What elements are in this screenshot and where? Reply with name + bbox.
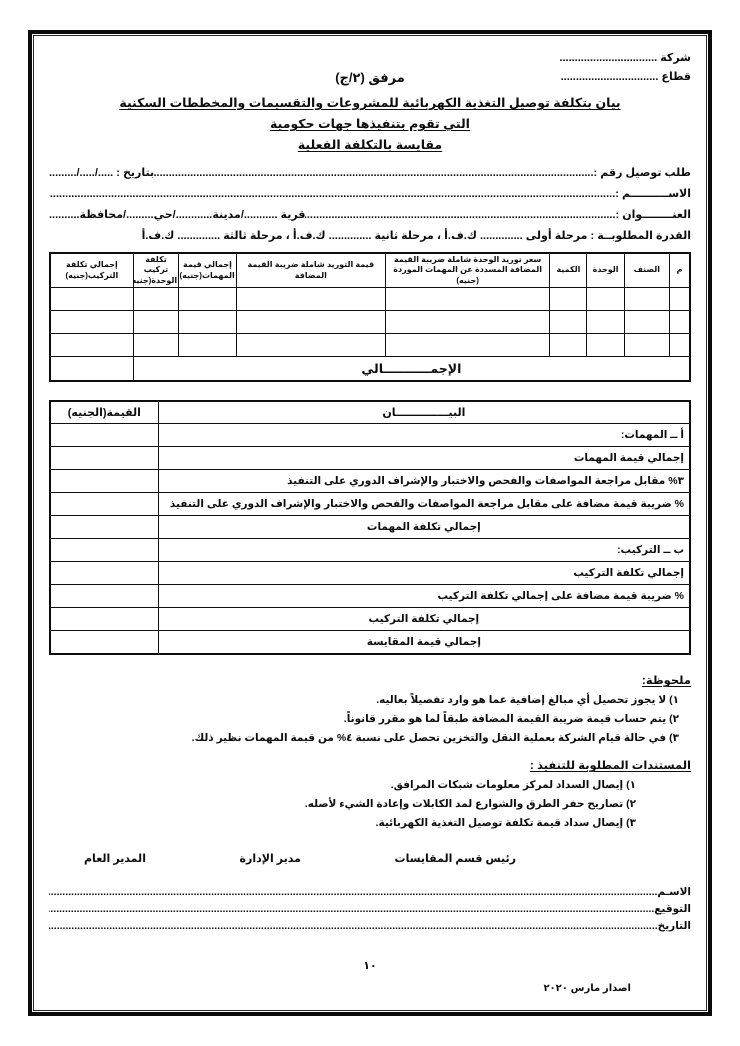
statement-row-label: أ ــ المهمات: [158, 424, 690, 447]
statement-header: البيــــــــــــــان [158, 401, 690, 424]
value-cell [50, 562, 158, 585]
address-line: العنــــــــوان : ......................… [49, 205, 691, 226]
empty-data-cell [550, 334, 587, 357]
signoff-block: الاسـم .................................… [49, 884, 691, 935]
col-header-quantity: الكمية [550, 253, 587, 288]
signoff-name-line: الاسـم .................................… [49, 884, 691, 901]
request-number-line: طلب توصيل رقم : ........................… [49, 163, 691, 184]
grand-total-label: الإجمـــــــــــالي [133, 357, 690, 382]
signoff-signature-label: التوقيع [654, 901, 691, 918]
statement-row-label: إجمالي تكلفة المهمات [158, 516, 690, 539]
signoff-name-field: ........................................… [49, 884, 657, 901]
items-table-row [50, 311, 690, 334]
statement-row-label: % ضريبة قيمة مضافة على مقابل مراجعة المو… [158, 493, 690, 516]
name-line: الاســــــــــم : ......................… [49, 184, 691, 205]
statement-table-header-row: البيــــــــــــــان القيمة(الجنيه) [50, 401, 690, 424]
empty-data-cell [236, 288, 385, 311]
empty-data-cell [670, 311, 690, 334]
empty-data-cell [587, 334, 624, 357]
value-cell [50, 447, 158, 470]
statement-row-label: إجمالي قيمة المهمات [158, 447, 690, 470]
empty-data-cell [50, 288, 133, 311]
statement-row-label: إجمالي تكلفة التركيب [158, 562, 690, 585]
page-number: ١٠ [34, 959, 706, 972]
document-item: ٣) إيصال سداد قيمة تكلفة توصيل التغذية ا… [49, 814, 691, 833]
statement-row-label: إجمالي قيمة المقايسة [158, 631, 690, 655]
value-cell [50, 470, 158, 493]
statement-row: % ضريبة قيمة مضافة على مقابل مراجعة المو… [50, 493, 690, 516]
statement-row-label: % ضريبة قيمة مضافة على إجمالي تكلفة التر… [158, 585, 690, 608]
signoff-date-label: التاريخ [658, 918, 691, 935]
statement-row-label: ٣% مقابل مراجعة المواصفات والفحص والاختب… [158, 470, 690, 493]
signoff-date-field: ........................................… [49, 918, 658, 935]
value-cell [50, 493, 158, 516]
document-item: ١) إيصال السداد لمركز معلومات شبكات المر… [49, 776, 691, 795]
col-header-total-items-value: إجمالي قيمة المهمات(جنيه) [179, 253, 237, 288]
page-title: بيان بتكلفة توصيل التغذية الكهربائية للم… [49, 93, 691, 114]
statement-row: أ ــ المهمات: [50, 424, 690, 447]
items-cost-table: م الصنف الوحدة الكمية سعر توريد الوحدة ش… [49, 252, 691, 382]
sector-attachment-row: قطاع ................................ مر… [49, 67, 691, 89]
signoff-name-label: الاسـم [657, 884, 691, 901]
note-item: ١) لا يجوز تحصيل أي مبالغ إضافية عما هو … [49, 691, 691, 710]
required-power-fields: القدرة المطلوبــة : مرحلة أولى .........… [142, 226, 691, 247]
empty-data-cell [179, 288, 237, 311]
empty-data-cell [385, 288, 549, 311]
address-detail-fields: قرية .........../مدينة............/حي...… [49, 205, 305, 226]
col-header-supply-value: قيمة التوريد شاملة ضريبة القيمة المضافة [236, 253, 385, 288]
company-line: شركة ................................ [49, 50, 691, 67]
general-manager-title: المدير العام [84, 851, 146, 867]
empty-data-cell [133, 311, 178, 334]
address-label: العنــــــــوان : [616, 205, 691, 226]
empty-data-cell [236, 311, 385, 334]
scanned-form-page: شركة ................................ قط… [0, 0, 740, 1046]
signoff-signature-line: التوقيع ................................… [49, 901, 691, 918]
page-subtitle-2: مقايسة بالتكلفة الفعلية [49, 135, 691, 156]
items-table-header-row: م الصنف الوحدة الكمية سعر توريد الوحدة ش… [50, 253, 690, 288]
value-cell [50, 608, 158, 631]
required-power-line: القدرة المطلوبــة : مرحلة أولى .........… [49, 226, 691, 247]
issue-date-label: اصدار مارس ٢٠٢٠ [543, 983, 631, 994]
statement-row: ب ــ التركيب: [50, 539, 690, 562]
note-item: ٣) في حالة قيام الشركة بعملية النقل والت… [49, 729, 691, 748]
statement-row: % ضريبة قيمة مضافة على إجمالي تكلفة التر… [50, 585, 690, 608]
items-table-total-row: الإجمـــــــــــالي [50, 357, 690, 382]
col-header-number: م [670, 253, 690, 288]
note-item: ٢) يتم حساب قيمة ضريبة القيمة المضافة طب… [49, 710, 691, 729]
empty-data-cell [624, 288, 669, 311]
signoff-signature-field: ........................................… [49, 901, 654, 918]
value-cell [50, 539, 158, 562]
value-cell [50, 424, 158, 447]
administration-manager-title: مدير الإدارة [240, 851, 301, 867]
empty-data-cell [624, 334, 669, 357]
estimates-section-head-title: رئيس قسم المقايسات [395, 851, 516, 867]
empty-data-cell [385, 334, 549, 357]
form-content: شركة ................................ قط… [33, 35, 707, 1011]
value-cell [50, 631, 158, 655]
statement-row: إجمالي قيمة المهمات [50, 447, 690, 470]
empty-data-cell [385, 311, 549, 334]
statement-row-label: إجمالي تكلفة التركيب [158, 608, 690, 631]
statement-row: إجمالي تكلفة التركيب [50, 608, 690, 631]
col-header-item: الصنف [624, 253, 669, 288]
request-number-field: ........................................… [154, 163, 593, 184]
statement-row: ٣% مقابل مراجعة المواصفات والفحص والاختب… [50, 470, 690, 493]
empty-data-cell [50, 311, 133, 334]
request-date-field: بتاريخ : ...../...../......... [49, 163, 154, 184]
empty-data-cell [587, 311, 624, 334]
col-header-unit-supply-price: سعر توريد الوحدة شاملة ضريبة القيمة المض… [385, 253, 549, 288]
statement-row: إجمالي تكلفة المهمات [50, 516, 690, 539]
name-label: الاســــــــــم : [615, 184, 691, 205]
items-table-row [50, 288, 690, 311]
empty-data-cell [179, 334, 237, 357]
signature-titles-row: رئيس قسم المقايسات مدير الإدارة المدير ا… [49, 851, 691, 867]
required-documents-heading: المستندات المطلوبة للتنفيذ : [49, 756, 691, 776]
items-table-row [50, 334, 690, 357]
address-field: ........................................… [305, 205, 615, 226]
empty-data-cell [587, 288, 624, 311]
empty-data-cell [236, 334, 385, 357]
empty-data-cell [670, 334, 690, 357]
empty-data-cell [133, 334, 178, 357]
title-block: بيان بتكلفة توصيل التغذية الكهربائية للم… [49, 93, 691, 156]
empty-data-cell [550, 311, 587, 334]
statement-row-label: ب ــ التركيب: [158, 539, 690, 562]
col-header-unit-install-cost: تكلفة تركيب الوحدة(جنيه) [133, 253, 178, 288]
document-item: ٢) تصاريح حفر الطرق والشوارع لمد الكابلا… [49, 795, 691, 814]
empty-data-cell [624, 311, 669, 334]
request-number-label: طلب توصيل رقم : [594, 163, 691, 184]
value-cell [50, 585, 158, 608]
statement-row: إجمالي تكلفة التركيب [50, 562, 690, 585]
col-header-unit: الوحدة [587, 253, 624, 288]
col-header-total-install-cost: إجمالي تكلفة التركيب(جنيه) [50, 253, 133, 288]
page-border: شركة ................................ قط… [28, 30, 712, 1016]
empty-data-cell [550, 288, 587, 311]
value-header: القيمة(الجنيه) [50, 401, 158, 424]
notes-heading: ملحوظة: [49, 671, 691, 691]
grand-total-value-cell [50, 357, 133, 382]
empty-data-cell [50, 334, 133, 357]
page-subtitle: التي تقوم بتنفيذها جهات حكومية [49, 114, 691, 135]
signoff-date-line: التاريخ ................................… [49, 918, 691, 935]
request-info: طلب توصيل رقم : ........................… [49, 163, 691, 247]
empty-data-cell [133, 288, 178, 311]
name-field: ........................................… [49, 184, 615, 205]
statement-value-table: البيــــــــــــــان القيمة(الجنيه) أ ــ… [49, 400, 691, 655]
attachment-label: مرفق (٢/ج) [49, 67, 691, 89]
empty-data-cell [670, 288, 690, 311]
value-cell [50, 516, 158, 539]
statement-row: إجمالي قيمة المقايسة [50, 631, 690, 655]
empty-data-cell [179, 311, 237, 334]
